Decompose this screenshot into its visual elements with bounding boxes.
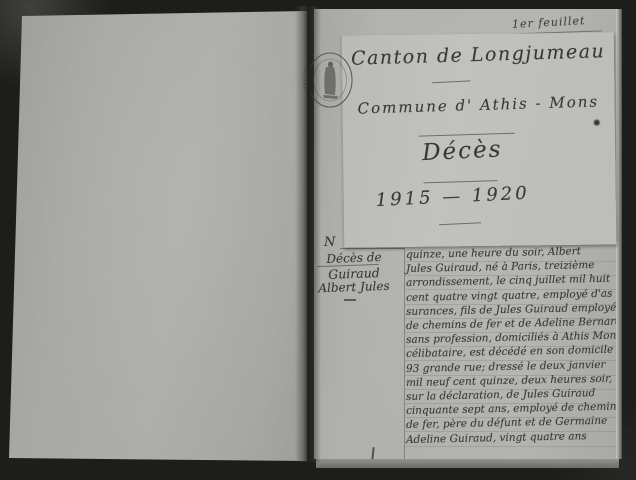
canton-underline [432,80,470,83]
ruled-line [405,446,631,447]
record-line: de fer, père du défunt et de Germaine [406,415,622,432]
canton-title: Canton de Longjumeau [351,40,606,70]
record-line: célibataire, est décédé en son domicile [406,344,622,361]
ink-blot [594,120,600,126]
page-stack-edge [316,459,619,468]
margin-note-firstnames: Albert Jules [308,278,400,295]
record-line: arrondissement, le cinq juillet mil huit [406,273,622,290]
margin-rule [404,248,405,459]
register-scan: 1er feuillet Canton de Longjumeau Commun… [0,0,636,480]
act-number-label: N [324,235,335,250]
folio-label: 1er feuillet [512,14,586,31]
register-type-title: Décès [422,136,503,166]
commune-title: Commune d' Athis - Mons [357,92,599,117]
margin-dash [344,299,356,301]
book-gutter-shadow [295,6,321,462]
register-type-underline [424,180,498,183]
margin-number-line [340,248,404,249]
register-page: 1er feuillet Canton de Longjumeau Commun… [314,9,622,459]
left-blank-page [0,0,320,480]
title-sheet: Canton de Longjumeau Commune d' Athis - … [341,32,617,247]
years-underline [439,222,481,225]
page-edge [616,9,622,459]
years-range: 1915 — 1920 [375,183,530,211]
